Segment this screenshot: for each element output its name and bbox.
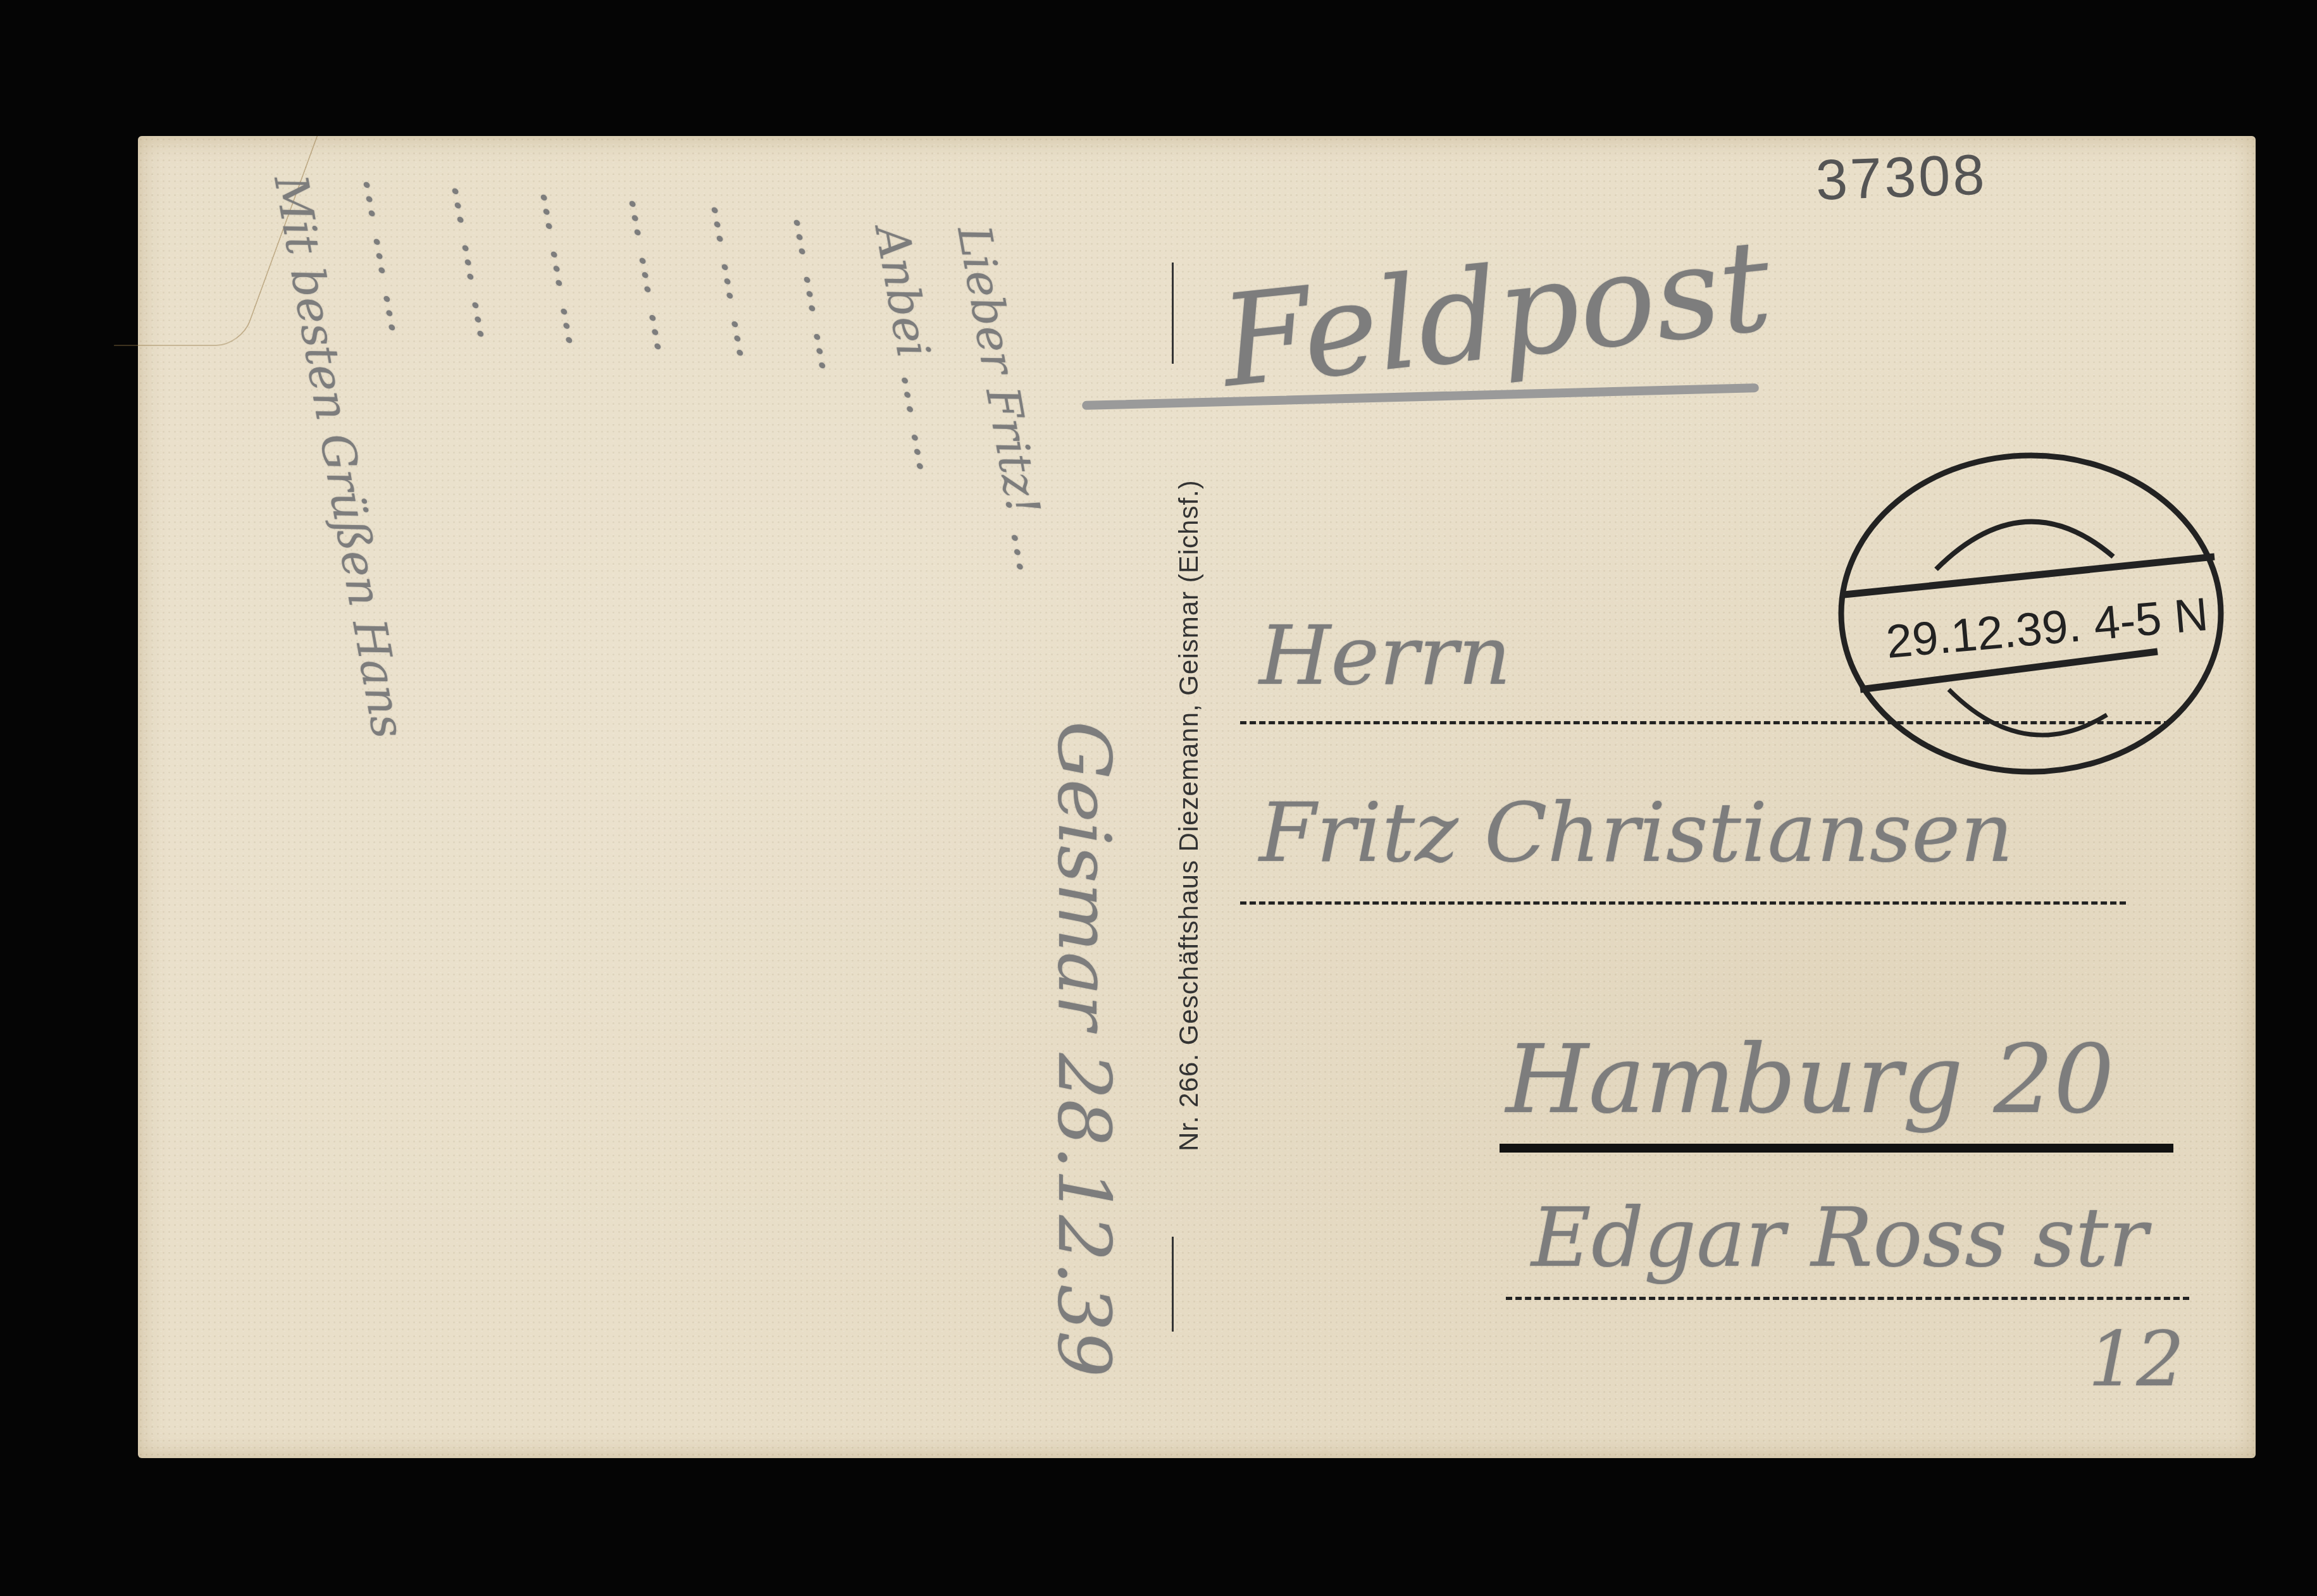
address-line-3	[1506, 1297, 2189, 1300]
address-house-number: 12	[2088, 1316, 2185, 1404]
message-line: Lieber Fritz! ...	[947, 221, 1060, 576]
message-line: ... ... ...	[441, 177, 521, 343]
message-line: ... ... ...	[618, 190, 698, 356]
postmark-date: 29.12.39. 4-5 N	[1884, 588, 2210, 668]
address-line-1	[1240, 721, 2170, 724]
message-line: ... ... ...	[530, 183, 609, 350]
address-name: Fritz Christiansen	[1259, 784, 2013, 881]
address-street: Edgar Ross str	[1531, 1189, 2147, 1285]
message-line: ... ... ...	[700, 196, 780, 362]
address-city: Hamburg 20	[1506, 1025, 2114, 1135]
address-line-city	[1500, 1144, 2173, 1153]
message-line: Anbei ... ...	[865, 221, 960, 476]
archive-number: 37308	[1815, 142, 1988, 213]
address-line-2	[1240, 901, 2126, 905]
message-line: ... ... ...	[783, 209, 862, 375]
message-body: Lieber Fritz! ... Anbei ... ... ... ... …	[165, 171, 1164, 1436]
publisher-imprint: Nr. 266. Geschäftshaus Diezemann, Geisma…	[1174, 479, 1204, 1151]
postmark-stamp: 29.12.39. 4-5 N	[1816, 436, 2246, 791]
address-salutation: Herrn	[1259, 607, 1511, 703]
message-line: ... ... ...	[352, 171, 432, 337]
postmark-icon: 29.12.39. 4-5 N	[1816, 436, 2246, 791]
